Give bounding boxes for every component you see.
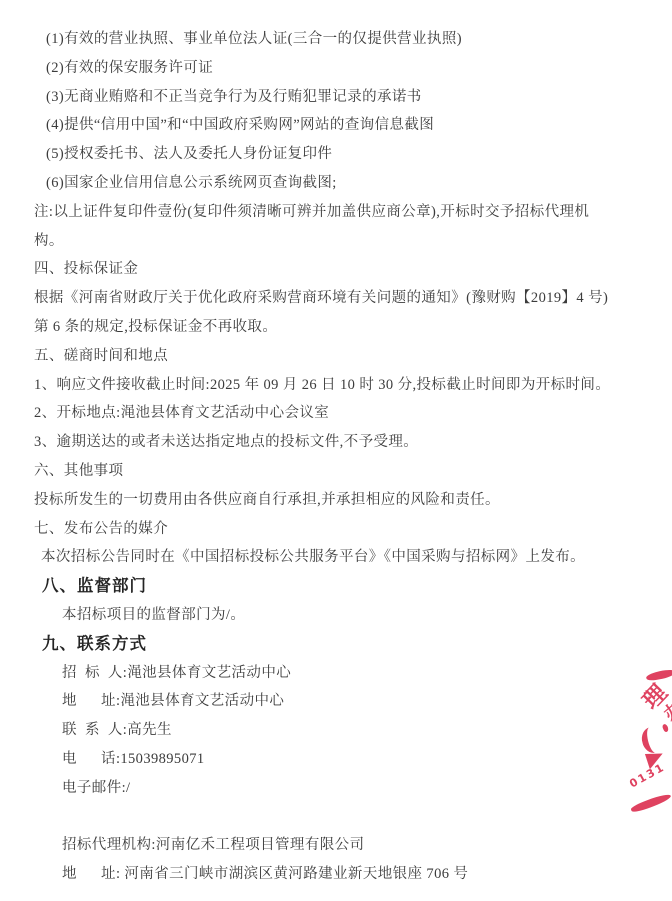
time-item-2: 2、开标地点:渑池县体育文艺活动中心会议室 bbox=[0, 399, 672, 428]
agency-address: 地 址: 河南省三门峡市湖滨区黄河路建业新天地银座 706 号 bbox=[0, 860, 672, 889]
qualification-item-5: (5)授权委托书、法人及委托人身份证复印件 bbox=[0, 140, 672, 169]
section-4-heading: 四、投标保证金 bbox=[0, 255, 672, 284]
qualification-item-2: (2)有效的保安服务许可证 bbox=[0, 54, 672, 83]
note-line-2: 构。 bbox=[0, 227, 672, 256]
section-5-heading: 五、磋商时间和地点 bbox=[0, 342, 672, 371]
contact-person: 联 系 人:高先生 bbox=[0, 716, 672, 745]
time-item-3: 3、逾期送达的或者未送达指定地点的投标文件,不予受理。 bbox=[0, 428, 672, 457]
contact-address: 地 址:渑池县体育文艺活动中心 bbox=[0, 687, 672, 716]
deposit-line-1: 根据《河南省财政厅关于优化政府采购营商环境有关问题的通知》(豫财购【2019】4… bbox=[0, 284, 672, 313]
section-7-heading: 七、发布公告的媒介 bbox=[0, 515, 672, 544]
supervision-line: 本招标项目的监督部门为/。 bbox=[0, 601, 672, 630]
qualification-item-3: (3)无商业贿赂和不正当竞争行为及行贿犯罪记录的承诺书 bbox=[0, 83, 672, 112]
time-item-1: 1、响应文件接收截止时间:2025 年 09 月 26 日 10 时 30 分,… bbox=[0, 371, 672, 400]
qualification-item-4: (4)提供“信用中国”和“中国政府采购网”网站的查询信息截图 bbox=[0, 111, 672, 140]
deposit-line-2: 第 6 条的规定,投标保证金不再收取。 bbox=[0, 313, 672, 342]
other-matters-line: 投标所发生的一切费用由各供应商自行承担,并承担相应的风险和责任。 bbox=[0, 486, 672, 515]
contact-phone: 电 话:15039895071 bbox=[0, 745, 672, 774]
section-8-heading: 八、监督部门 bbox=[0, 572, 672, 601]
section-6-heading: 六、其他事项 bbox=[0, 457, 672, 486]
contact-email: 电子邮件:/ bbox=[0, 774, 672, 803]
agency-name: 招标代理机构:河南亿禾工程项目管理有限公司 bbox=[0, 831, 672, 860]
section-9-heading: 九、联系方式 bbox=[0, 630, 672, 659]
blank-line bbox=[0, 803, 672, 832]
contact-tenderer: 招 标 人:渑池县体育文艺活动中心 bbox=[0, 659, 672, 688]
qualification-item-6: (6)国家企业信用信息公示系统网页查询截图; bbox=[0, 169, 672, 198]
document-body: (1)有效的营业执照、事业单位法人证(三合一的仅提供营业执照)(2)有效的保安服… bbox=[0, 25, 672, 889]
media-line: 本次招标公告同时在《中国招标投标公共服务平台》《中国采购与招标网》上发布。 bbox=[0, 543, 672, 572]
note-line-1: 注:以上证件复印件壹份(复印件须清晰可辨并加盖供应商公章),开标时交予招标代理机 bbox=[0, 198, 672, 227]
document-page: (1)有效的营业执照、事业单位法人证(三合一的仅提供营业执照)(2)有效的保安服… bbox=[0, 0, 672, 901]
qualification-item-1: (1)有效的营业执照、事业单位法人证(三合一的仅提供营业执照) bbox=[0, 25, 672, 54]
